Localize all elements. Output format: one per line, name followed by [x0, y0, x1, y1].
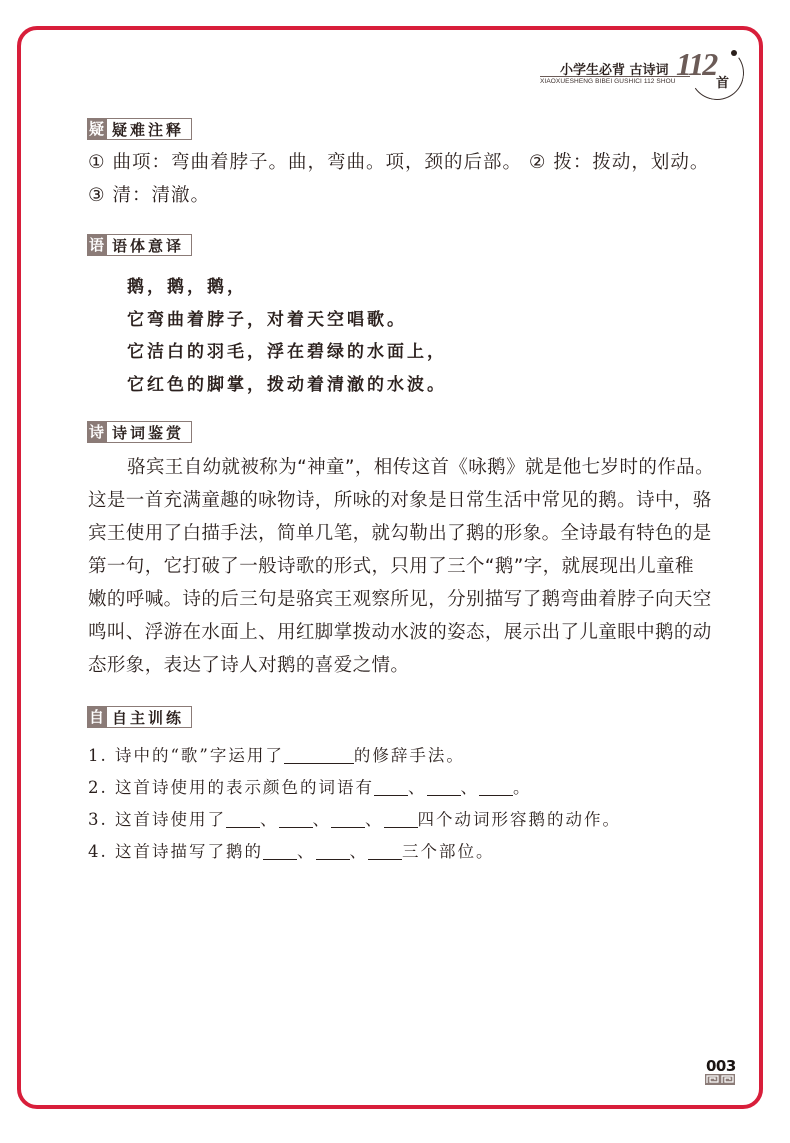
answer-blank[interactable]: [279, 809, 313, 828]
answer-blank[interactable]: [368, 841, 402, 860]
appreciation-line: 骆宾王自幼就被称为“神童”，相传这首《咏鹅》就是他七岁时的作品。: [88, 451, 768, 484]
section-title-exercises: 自主训练: [106, 706, 192, 728]
translation-line: 它弯曲着脖子，对着天空唱歌。: [127, 304, 790, 337]
answer-blank[interactable]: [384, 809, 418, 828]
appreciation-line: 这是一首充满童趣的咏物诗，所咏的对象是日常生活中常见的鹅。诗中，骆: [88, 484, 768, 517]
appreciation-body: 骆宾王自幼就被称为“神童”，相传这首《咏鹅》就是他七岁时的作品。 这是一首充满童…: [88, 451, 768, 682]
answer-blank[interactable]: [263, 841, 297, 860]
appreciation-line: 鸣叫、浮游在水面上、用红脚掌拨动水波的姿态，展示出了儿童眼中鹅的动: [88, 616, 768, 649]
translation-line: 它红色的脚掌，拨动着清澈的水波。: [127, 369, 790, 402]
note-line: ③ 清：清澈。: [88, 179, 768, 212]
section-header-exercises: 自 自主训练: [87, 706, 192, 728]
section-title-appreciation: 诗词鉴赏: [106, 421, 192, 443]
translation-seal-icon: 语: [87, 234, 106, 256]
exercise-suffix: 三个部位。: [402, 842, 495, 861]
exercise-item-2: 2. 这首诗使用的表示颜色的词语有、、。: [88, 772, 768, 804]
exercises-body: 1. 诗中的“歌”字运用了的修辞手法。 2. 这首诗使用的表示颜色的词语有、、。…: [88, 740, 768, 868]
exercise-prompt: 4. 这首诗描写了鹅的: [88, 842, 263, 861]
translation-line: 鹅，鹅，鹅，: [127, 271, 790, 304]
exercise-item-3: 3. 这首诗使用了、、、四个动词形容鹅的动作。: [88, 804, 768, 836]
answer-blank[interactable]: [479, 777, 513, 796]
fret-ornament-icon: [705, 1074, 735, 1085]
answer-blank[interactable]: [284, 745, 354, 764]
exercises-seal-icon: 自: [87, 706, 106, 728]
section-header-appreciation: 诗 诗词鉴赏: [87, 421, 192, 443]
header-rule: [540, 76, 690, 77]
book-title-pinyin: XIAOXUESHENG BIBEI GUSHICI 112 SHOU: [540, 78, 676, 85]
page-number: 003: [706, 1057, 736, 1075]
exercise-suffix: 四个动词形容鹅的动作。: [418, 810, 622, 829]
answer-blank[interactable]: [374, 777, 408, 796]
exercise-suffix: 。: [513, 778, 532, 797]
answer-blank[interactable]: [316, 841, 350, 860]
answer-blank[interactable]: [226, 809, 260, 828]
section-header-translation: 语 语体意译: [87, 234, 192, 256]
answer-blank[interactable]: [427, 777, 461, 796]
book-title-unit: 首: [716, 72, 729, 91]
book-title-number: 112: [676, 46, 716, 83]
notes-seal-icon: 疑: [87, 118, 106, 140]
translation-line: 它洁白的羽毛，浮在碧绿的水面上，: [127, 336, 790, 369]
notes-body: ① 曲项：弯曲着脖子。曲，弯曲。项，颈的后部。 ② 拨：拨动，划动。 ③ 清：清…: [88, 146, 768, 212]
section-title-notes: 疑难注释: [106, 118, 192, 140]
section-header-notes: 疑 疑难注释: [87, 118, 192, 140]
appreciation-line: 态形象，表达了诗人对鹅的喜爱之情。: [88, 649, 768, 682]
appreciation-seal-icon: 诗: [87, 421, 106, 443]
header-dot-decoration: [731, 50, 737, 56]
answer-blank[interactable]: [331, 809, 365, 828]
translation-body: 鹅，鹅，鹅， 它弯曲着脖子，对着天空唱歌。 它洁白的羽毛，浮在碧绿的水面上， 它…: [127, 271, 790, 401]
note-line: ① 曲项：弯曲着脖子。曲，弯曲。项，颈的后部。 ② 拨：拨动，划动。: [88, 146, 768, 179]
running-header: 小学生必背 古诗词 XIAOXUESHENG BIBEI GUSHICI 112…: [500, 42, 760, 112]
appreciation-line: 第一句，它打破了一般诗歌的形式，只用了三个“鹅”字，就展现出儿童稚: [88, 550, 768, 583]
exercise-prompt: 1. 诗中的“歌”字运用了: [88, 746, 284, 765]
exercise-prompt: 2. 这首诗使用的表示颜色的词语有: [88, 778, 374, 797]
exercise-item-4: 4. 这首诗描写了鹅的、、三个部位。: [88, 836, 768, 868]
appreciation-line: 宾王使用了白描手法，简单几笔，就勾勒出了鹅的形象。全诗最有特色的是: [88, 517, 768, 550]
appreciation-line: 嫩的呼喊。诗的后三句是骆宾王观察所见，分别描写了鹅弯曲着脖子向天空: [88, 583, 768, 616]
exercise-prompt: 3. 这首诗使用了: [88, 810, 226, 829]
exercise-item-1: 1. 诗中的“歌”字运用了的修辞手法。: [88, 740, 768, 772]
section-title-translation: 语体意译: [106, 234, 192, 256]
exercise-suffix: 的修辞手法。: [354, 746, 465, 765]
